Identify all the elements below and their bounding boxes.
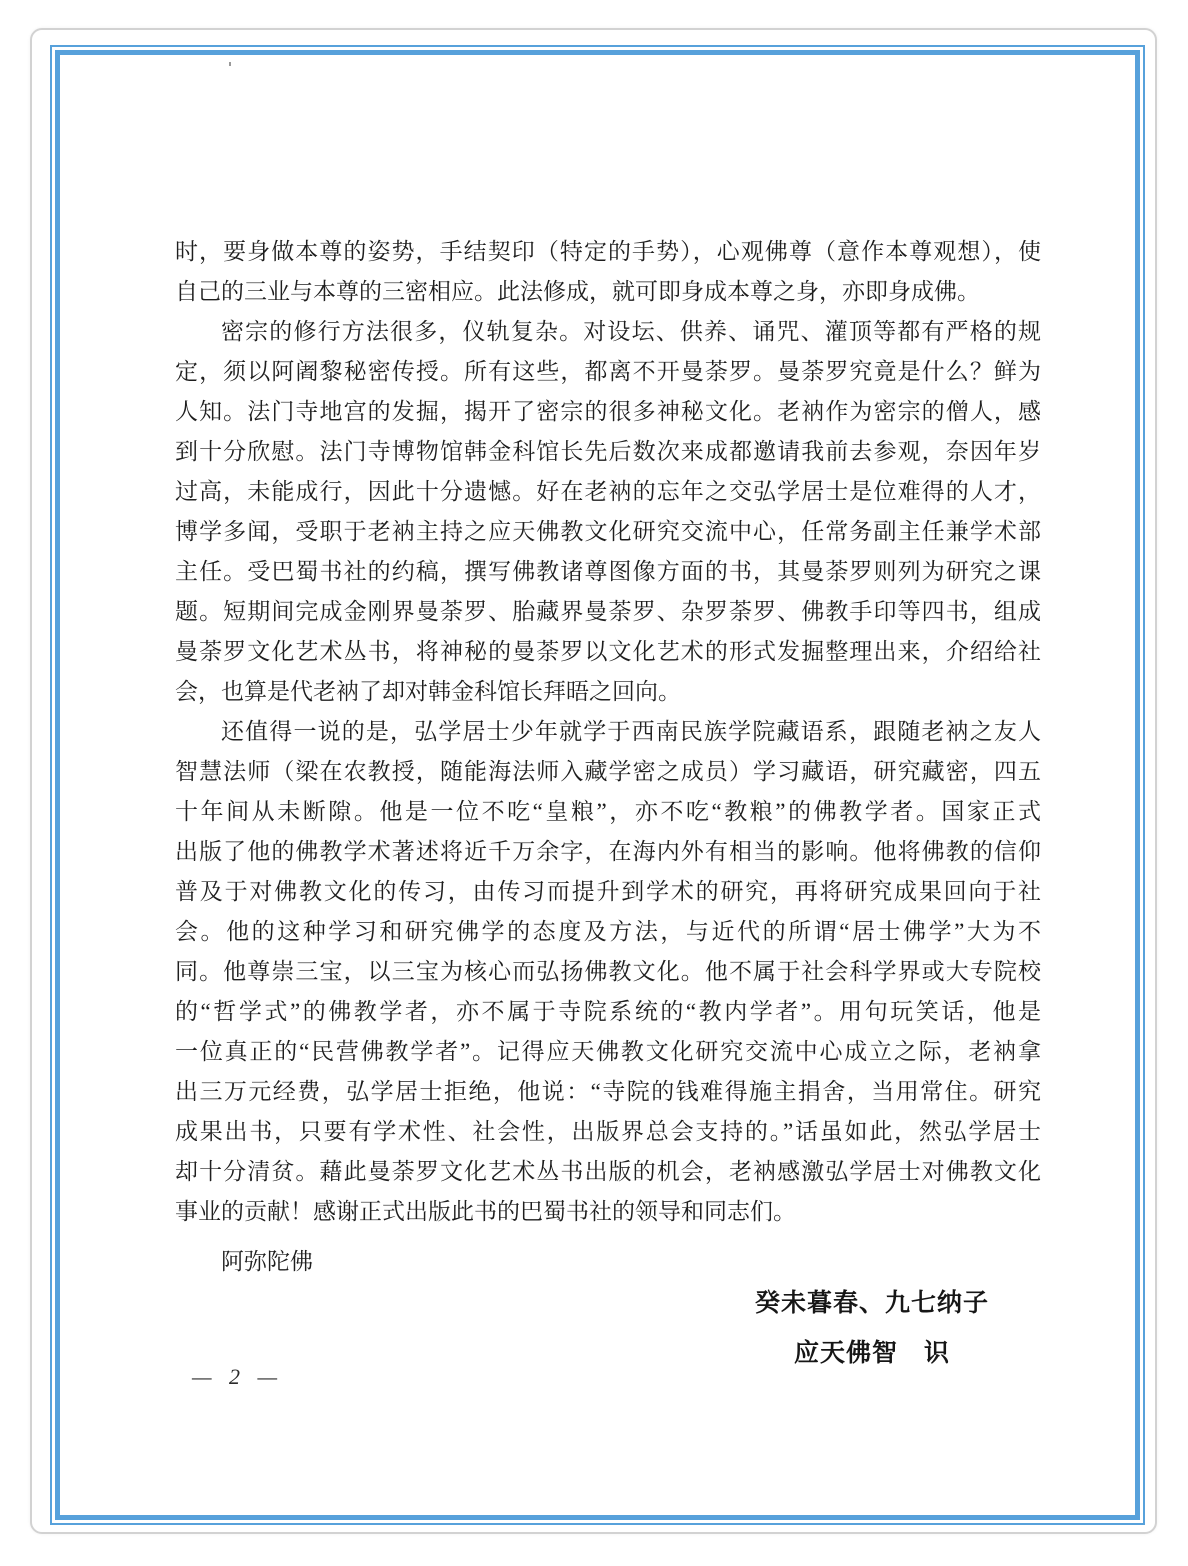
body-text-column: 时，要身做本尊的姿势，手结契印（特定的手势），心观佛尊（意作本尊观想），使自己的…	[175, 232, 1041, 1282]
page-number: — 2 —	[192, 1364, 283, 1390]
text-line: 密宗的修行方法很多，仪轨复杂。对设坛、供养、诵咒、灌顶等都有严格的规	[175, 312, 1041, 352]
text-line: 同。他尊崇三宝，以三宝为核心而弘扬佛教文化。他不属于社会科学界或大专院校	[175, 952, 1041, 992]
text-line: 题。短期间完成金刚界曼荼罗、胎藏界曼荼罗、杂罗荼罗、佛教手印等四书，组成	[175, 592, 1041, 632]
signature-date-line: 癸未暮春、九七纳子	[672, 1278, 1072, 1328]
text-line: 事业的贡献！感谢正式出版此书的巴蜀书社的领导和同志们。	[175, 1192, 1041, 1232]
text-line: 成果出书，只要有学术性、社会性，出版界总会支持的。”话虽如此，然弘学居士	[175, 1112, 1041, 1152]
text-line: 还值得一说的是，弘学居士少年就学于西南民族学院藏语系，跟随老衲之友人	[175, 712, 1041, 752]
text-line: 一位真正的“民营佛教学者”。记得应天佛教文化研究交流中心成立之际，老衲拿	[175, 1032, 1041, 1072]
text-line: 出三万元经费，弘学居士拒绝，他说：“寺院的钱难得施主捐舍，当用常住。研究	[175, 1072, 1041, 1112]
text-line: 阿弥陀佛	[175, 1242, 1041, 1282]
text-line: 出版了他的佛教学术著述将近千万余字，在海内外有相当的影响。他将佛教的信仰	[175, 832, 1041, 872]
signature-block: 癸未暮春、九七纳子 应天佛智 识	[672, 1278, 1072, 1378]
text-line: 主任。受巴蜀书社的约稿，撰写佛教诸尊图像方面的书，其曼荼罗则列为研究之课	[175, 552, 1041, 592]
text-line: 会。他的这种学习和研究佛学的态度及方法，与近代的所谓“居士佛学”大为不	[175, 912, 1041, 952]
text-line: 十年间从未断隙。他是一位不吃“皇粮”，亦不吃“教粮”的佛教学者。国家正式	[175, 792, 1041, 832]
text-line: 的“哲学式”的佛教学者，亦不属于寺院系统的“教内学者”。用句玩笑话，他是	[175, 992, 1041, 1032]
text-line: 时，要身做本尊的姿势，手结契印（特定的手势），心观佛尊（意作本尊观想），使	[175, 232, 1041, 272]
text-line: 曼荼罗文化艺术丛书，将神秘的曼荼罗以文化艺术的形式发掘整理出来，介绍给社	[175, 632, 1041, 672]
signature-name-line: 应天佛智 识	[672, 1328, 1072, 1378]
scanned-page-canvas: 时，要身做本尊的姿势，手结契印（特定的手势），心观佛尊（意作本尊观想），使自己的…	[0, 0, 1188, 1566]
text-line: 定，须以阿阇黎秘密传授。所有这些，都离不开曼荼罗。曼荼罗究竟是什么？鲜为	[175, 352, 1041, 392]
text-line: 到十分欣慰。法门寺博物馆韩金科馆长先后数次来成都邀请我前去参观，奈因年岁	[175, 432, 1041, 472]
text-line: 智慧法师（梁在农教授，随能海法师入藏学密之成员）学习藏语，研究藏密，四五	[175, 752, 1041, 792]
text-line: 人知。法门寺地宫的发掘，揭开了密宗的很多神秘文化。老衲作为密宗的僧人，感	[175, 392, 1041, 432]
text-line: 自己的三业与本尊的三密相应。此法修成，就可即身成本尊之身，亦即身成佛。	[175, 272, 1041, 312]
text-line: 却十分清贫。藉此曼荼罗文化艺术丛书出版的机会，老衲感激弘学居士对佛教文化	[175, 1152, 1041, 1192]
book-page: 时，要身做本尊的姿势，手结契印（特定的手势），心观佛尊（意作本尊观想），使自己的…	[30, 28, 1157, 1534]
text-line: 会，也算是代老衲了却对韩金科馆长拜晤之回向。	[175, 672, 1041, 712]
text-line: 博学多闻，受职于老衲主持之应天佛教文化研究交流中心，任常务副主任兼学术部	[175, 512, 1041, 552]
text-line: 过高，未能成行，因此十分遗憾。好在老衲的忘年之交弘学居士是位难得的人才，	[175, 472, 1041, 512]
text-line: 普及于对佛教文化的传习，由传习而提升到学术的研究，再将研究成果回向于社	[175, 872, 1041, 912]
